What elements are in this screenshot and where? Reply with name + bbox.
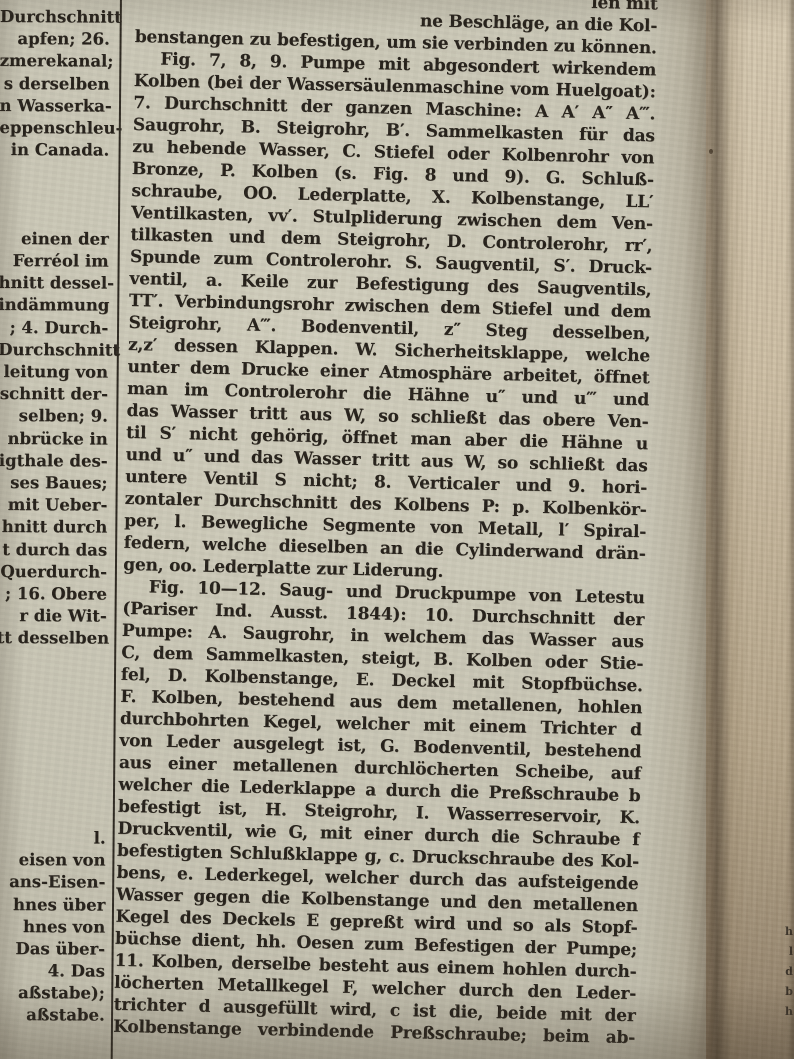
left-column-line: [0, 672, 111, 695]
opposite-page-text-fragment: h: [781, 922, 793, 942]
left-column-line: Durchschnitt: [0, 6, 114, 29]
left-column-line: 4. Das: [0, 960, 109, 983]
left-column-line: tt desselben: [0, 627, 111, 650]
adjacent-page-edges: [706, 0, 794, 1059]
left-column-line: eppenschleu-: [0, 117, 113, 140]
opposite-page-text-fragment: b: [781, 982, 793, 1002]
left-column-line: [0, 760, 110, 783]
left-column-line: [0, 694, 110, 717]
opposite-page-text-fragment: h: [781, 1002, 793, 1022]
left-column-line: ; 4. Durch-: [0, 317, 112, 340]
paper-speck: [709, 149, 713, 154]
main-column: len mitne Beschläge, an die Kol-benstang…: [113, 0, 658, 1049]
left-column-line: aßstabe);: [0, 982, 109, 1005]
opposite-page-text-fragment: l: [781, 942, 793, 962]
left-column-line: [0, 183, 113, 206]
left-column-line: hnitt durch: [0, 516, 111, 539]
left-column-line: l.: [0, 827, 110, 850]
left-column-line: apfen; 26.: [0, 28, 114, 51]
left-column-line: [0, 649, 111, 672]
opposite-page-text-fragments: hldbh: [781, 922, 793, 1022]
left-column-line: selben; 9.: [0, 405, 112, 428]
left-column-line: hnes von: [0, 916, 109, 939]
left-column-line: in Canada.: [0, 139, 113, 162]
left-column-line: ans-Eisen-: [0, 871, 109, 894]
left-column-line: nbrücke in: [0, 428, 112, 451]
left-column-line: n Wasserka-: [0, 95, 114, 118]
left-column-line: hnitt dessel-: [0, 272, 113, 295]
left-column-line: zmerekanal;: [0, 50, 114, 73]
left-column-line: leitung von: [0, 361, 112, 384]
left-column-line: schnitt der-: [0, 383, 112, 406]
left-column-line: aßstabe.: [0, 1004, 109, 1027]
left-column-line: ses Baues;: [0, 472, 112, 495]
left-column-line: [0, 161, 113, 184]
opposite-page-text-fragment: d: [781, 962, 793, 982]
left-column-line: mit Ueber-: [0, 494, 111, 517]
left-column-line: Querdurch-: [0, 561, 111, 584]
left-column-line: einen der: [0, 228, 113, 251]
left-column-line: igthale des-: [0, 450, 112, 473]
left-column-line: Ferréol im: [0, 250, 113, 273]
left-column-line: ; 16. Obere: [0, 583, 111, 606]
left-column-line: r die Wit-: [0, 605, 111, 628]
left-column-line: Durchschnitt: [0, 339, 112, 362]
left-column-line: Das über-: [0, 938, 109, 961]
left-column-line: indämmung: [0, 294, 112, 317]
left-column-line: s derselben: [0, 73, 114, 96]
left-column-line: eisen von: [0, 849, 110, 872]
left-column-line: [0, 805, 110, 828]
left-column-line: [0, 716, 110, 739]
left-column: Durchschnittapfen; 26.zmerekanal;s derse…: [0, 6, 114, 1027]
left-column-line: hnes über: [0, 893, 109, 916]
left-column-line: [0, 738, 110, 761]
left-column-line: [0, 206, 113, 229]
left-column-line: [0, 783, 110, 806]
book-page-photo: Durchschnittapfen; 26.zmerekanal;s derse…: [0, 0, 794, 1059]
left-column-line: t durch das: [0, 538, 111, 561]
